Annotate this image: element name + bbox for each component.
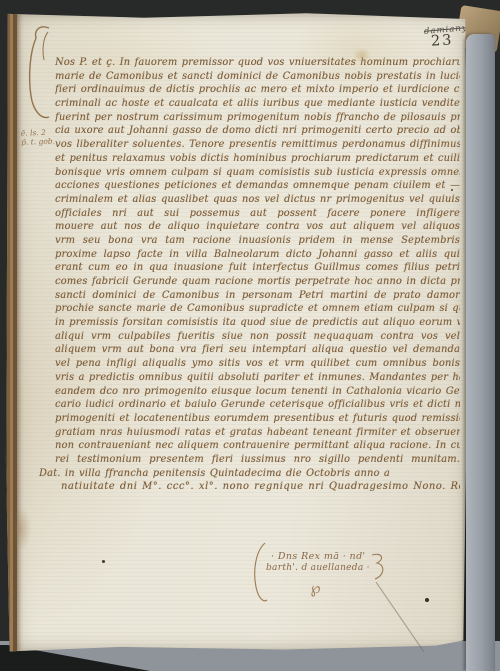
ink-speck (102, 560, 105, 563)
manuscript-line: cario iudici ordinario et baiulo Gerunde… (55, 399, 460, 413)
manuscript-line: aliquem vrm aut bona vra fieri seu intem… (55, 344, 460, 358)
ink-speck (451, 189, 453, 191)
paraph-icon: ℘ (309, 579, 321, 598)
page-clamp (466, 34, 495, 671)
manuscript-page: ē. ls. 2 p̄. t. gob. damiany 23 Nos P. e… (5, 12, 468, 652)
manuscript-line: sancti dominici de Camonibus in personam… (55, 290, 460, 304)
manuscript-line: marie de Camonibus et sancti dominici de… (55, 71, 460, 85)
manuscript-line: acciones questiones peticiones et demand… (55, 180, 460, 194)
manuscript-line: natiuitate dni M°. ccc°. xl°. nono regni… (61, 481, 460, 495)
manuscript-text: Nos P. et ç. In fauorem premissor quod v… (55, 57, 460, 495)
manuscript-line: eandem dco nro primogenito eiusque locum… (55, 386, 460, 400)
manuscript-line: bonisque vris omnem culpam si quam comis… (55, 167, 460, 181)
manuscript-line: vris a predictis omnibus quitii absoluti… (55, 372, 460, 386)
manuscript-line: non contraueniant nec aliquem contraueni… (55, 440, 460, 454)
manuscript-line: vrm seu bona vra tam racione inuasionis … (55, 235, 460, 249)
curl-flourish-icon (368, 551, 388, 581)
manuscript-line: prochie sancte marie de Camonibus suprad… (55, 303, 460, 317)
ink-stain (11, 507, 31, 551)
subscription-line1: · Dns Rex mā · nd' (271, 551, 366, 562)
manuscript-line: rei testimonium presentem fieri iussimus… (55, 454, 460, 468)
crease-line (368, 578, 430, 658)
manuscript-line: gratiam nras huiusmodi ratas et gratas h… (55, 427, 460, 441)
manuscript-line: in premissis forsitan comisistis ita quo… (55, 317, 460, 331)
manuscript-line: primogeniti et locatenentibus eorumdem p… (55, 413, 460, 427)
manuscript-line: mouere aut nos de aliquo inquietare cont… (55, 221, 460, 235)
manuscript-line: Dat. in villa ffrancha penitensis Quinta… (39, 468, 460, 482)
manuscript-line: criminalem et alias quaslibet quas nos v… (55, 194, 460, 208)
manuscript-line: vos liberaliter soluentes. Tenore presen… (55, 139, 460, 153)
manuscript-line: proxime lapso facte in villa Balneolarum… (55, 249, 460, 263)
manuscript-line: cia uxore aut Johanni gasso de domo dict… (55, 125, 460, 139)
manuscript-line: fieri ordinauimus de dictis prochiis ac … (55, 84, 460, 98)
binding-edge (5, 12, 17, 652)
initial-flourish-icon (27, 22, 55, 126)
manuscript-line: criminali ac hoste et caualcata et aliis… (55, 98, 460, 112)
manuscript-line: fuerint per nostrum carissimum primogeni… (55, 112, 460, 126)
manuscript-line: aliqui vrm culpabiles fueritis siue non … (55, 331, 460, 345)
manuscript-line: comes fabricii Gerunde quam racione mort… (55, 276, 460, 290)
photographed-manuscript: ē. ls. 2 p̄. t. gob. damiany 23 Nos P. e… (0, 0, 500, 671)
manuscript-line: erant cum eo in qua inuasione fuit inter… (55, 262, 460, 276)
bracket-flourish-icon (251, 540, 269, 606)
manuscript-line: et penitus relaxamus vobis dictis homini… (55, 153, 460, 167)
manuscript-line: vel pena infligi aliqualis ymo sitis vos… (55, 358, 460, 372)
subscription-line2: barth'. d auellaneda · (266, 563, 370, 573)
manuscript-line: Nos P. et ç. In fauorem premissor quod v… (55, 57, 460, 71)
ink-stain (353, 48, 371, 63)
page-number: 23 (431, 32, 454, 49)
manuscript-line: officiales nri aut sui possemus aut poss… (55, 208, 460, 222)
